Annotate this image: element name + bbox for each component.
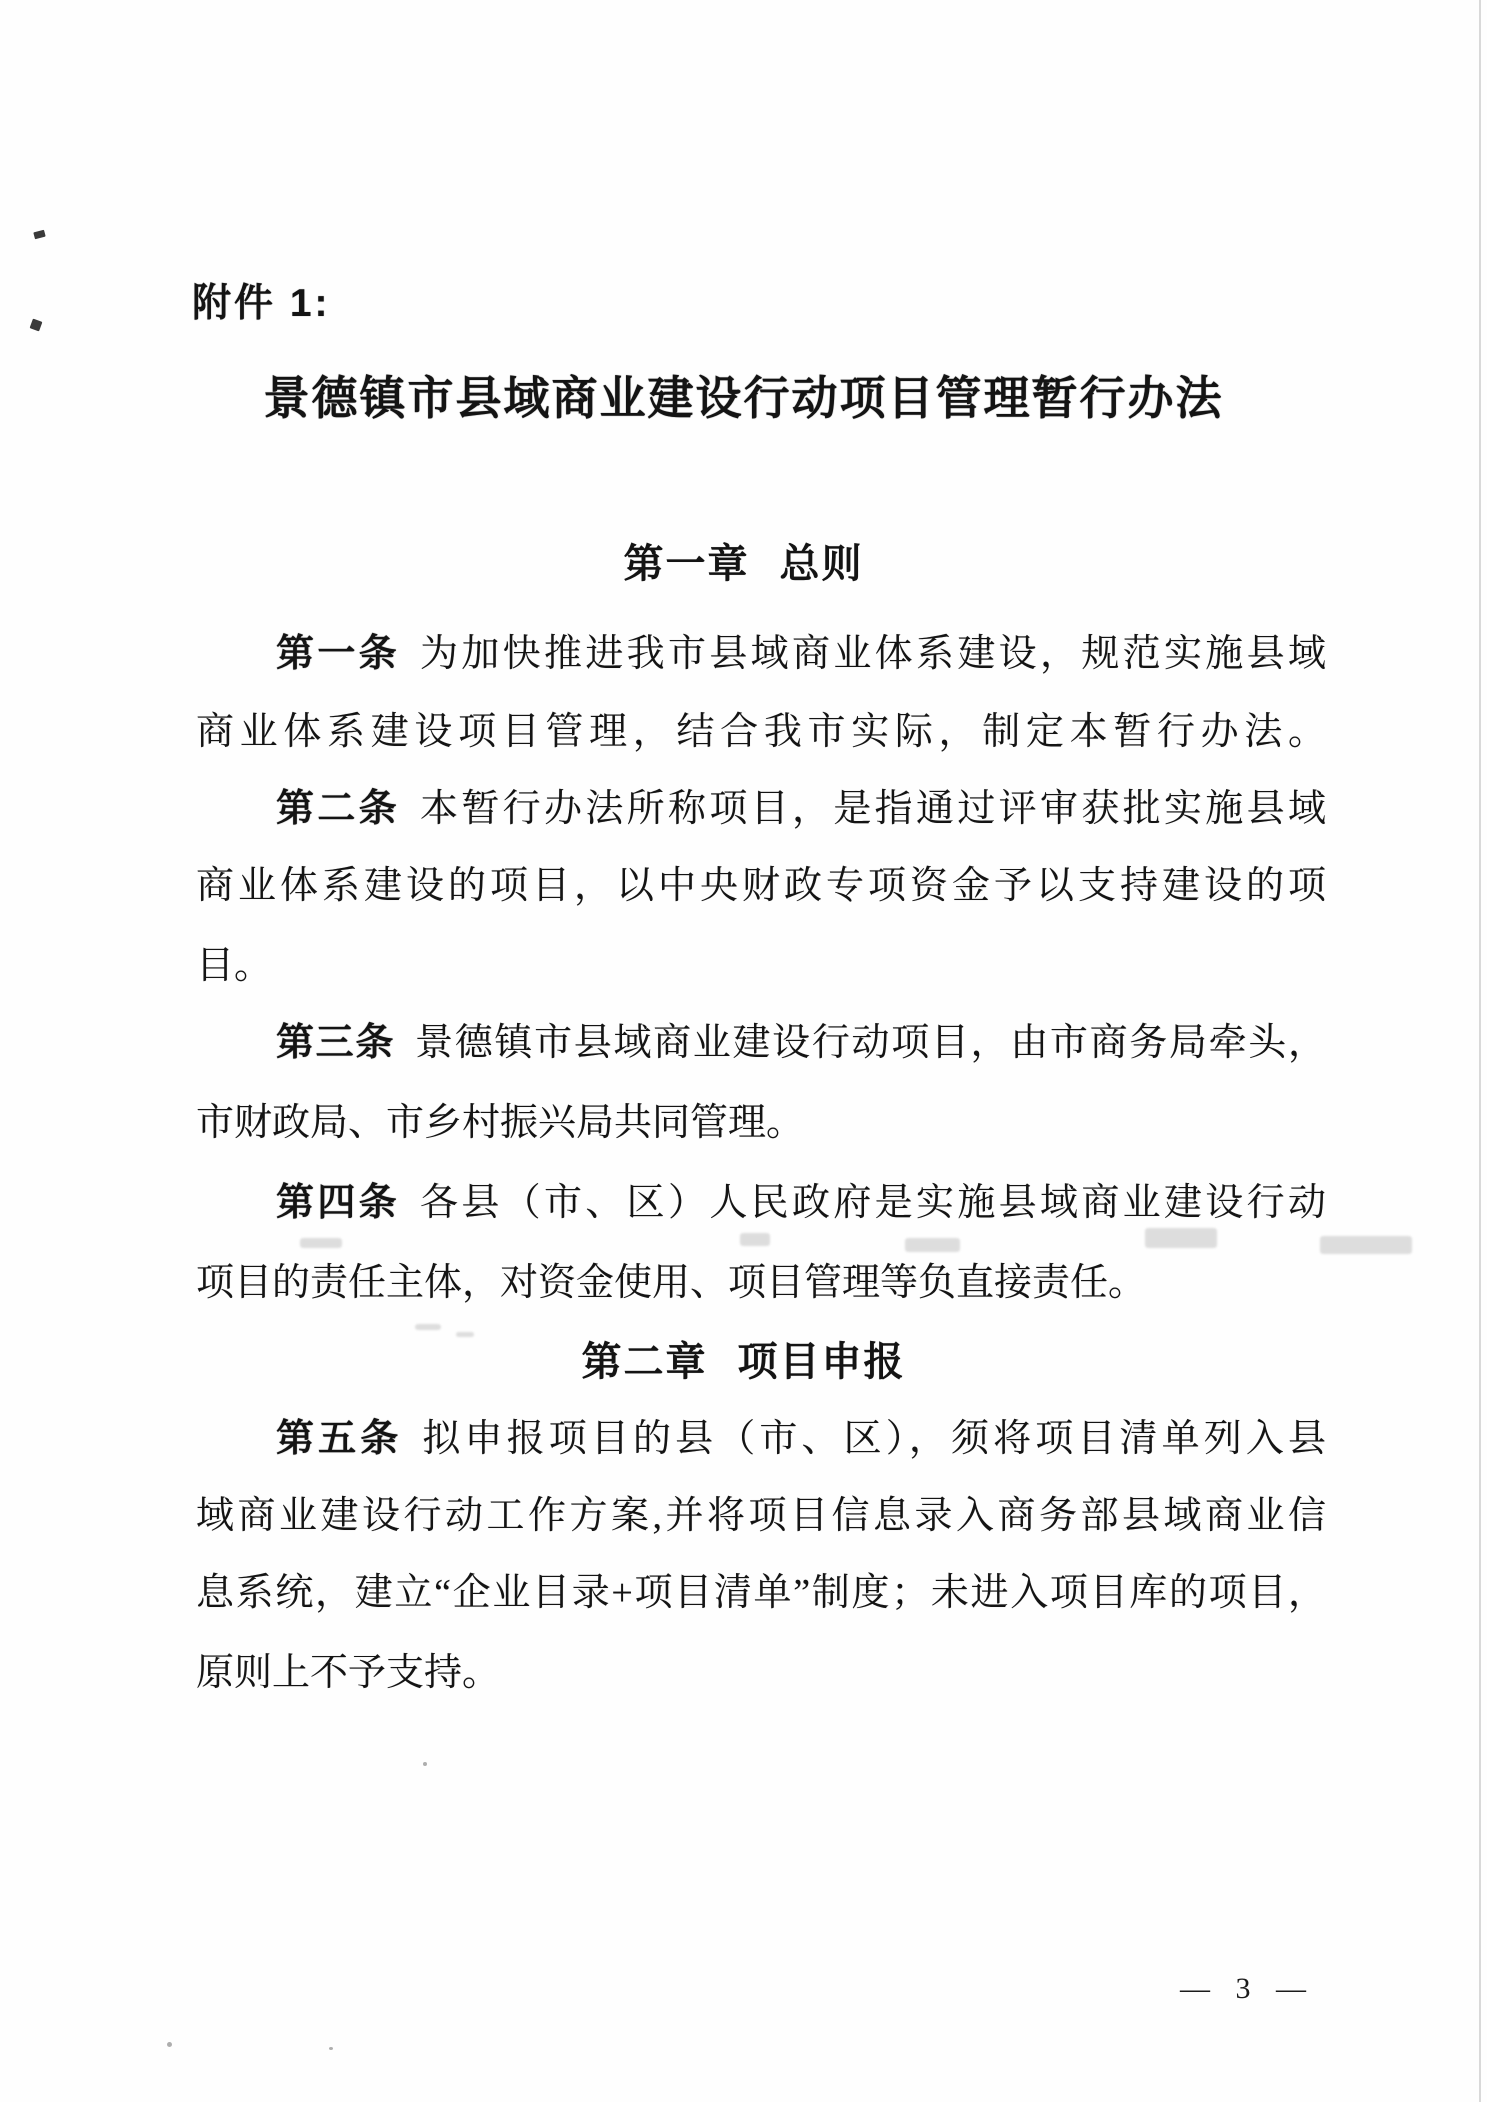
scan-smudge [740,1233,770,1246]
line-text: 景德镇市县域商业建设行动项目，由市商务局牵头， [415,1022,1326,1064]
paragraph-line: 原则上不予支持。 [196,1651,1326,1697]
line-text: 本暂行办法所称项目，是指通过评审获批实施县域 [420,788,1326,830]
scan-dot [329,2047,333,2050]
scan-dot [167,2042,172,2047]
scan-dot [423,1762,427,1766]
clause-label: 第一条 [276,633,400,675]
line-text: 拟申报项目的县（市、区），须将项目清单列入县 [422,1418,1326,1460]
line-text: 域商业建设行动工作方案,并将项目信息录入商务部县域商业信 [196,1495,1326,1537]
line-text: 项目的责任主体，对资金使用、项目管理等负直接责任。 [196,1262,1146,1304]
scan-smudge [300,1238,342,1248]
line-text: 息系统，建立“企业目录+项目清单”制度；未进入项目库的项目， [196,1572,1326,1614]
line-text: 各县（市、区）人民政府是实施县域商业建设行动 [420,1182,1326,1224]
paragraph-line: 商业体系建设项目管理，结合我市实际，制定本暂行办法。 [196,710,1326,756]
paragraph-line: 商业体系建设的项目，以中央财政专项资金予以支持建设的项 [196,864,1326,910]
scanned-document-page: 附件 1: 景德镇市县域商业建设行动项目管理暂行办法 第一章 总则 第一条为加快… [0,0,1487,2102]
line-text: 目。 [196,945,272,987]
paragraph-line: 市财政局、市乡村振兴局共同管理。 [196,1101,1326,1147]
scan-speck [30,319,43,332]
paragraph-line: 第二条本暂行办法所称项目，是指通过评审获批实施县域 [196,787,1326,833]
clause-label: 第五条 [276,1418,402,1460]
chapter-heading-2: 第二章 项目申报 [0,1330,1487,1387]
scan-smudge [1145,1228,1217,1248]
document-title: 景德镇市县域商业建设行动项目管理暂行办法 [0,362,1487,428]
clause-label: 第二条 [276,788,400,830]
scan-edge-line [1479,0,1481,2102]
paragraph-line: 第一条为加快推进我市县域商业体系建设，规范实施县域 [196,632,1326,678]
line-text: 原则上不予支持。 [196,1652,500,1694]
paragraph-line: 域商业建设行动工作方案,并将项目信息录入商务部县域商业信 [196,1494,1326,1540]
attachment-label: 附件 1: [192,272,331,328]
paragraph-line: 息系统，建立“企业目录+项目清单”制度；未进入项目库的项目， [196,1571,1326,1617]
line-text: 为加快推进我市县域商业体系建设，规范实施县域 [420,633,1326,675]
paragraph-line: 第五条拟申报项目的县（市、区），须将项目清单列入县 [196,1417,1326,1463]
paragraph-line: 项目的责任主体，对资金使用、项目管理等负直接责任。 [196,1261,1326,1307]
page-number: — 3 — [1180,1972,1310,2006]
paragraph-line: 目。 [196,944,1326,990]
clause-label: 第三条 [276,1022,395,1064]
chapter-heading-1: 第一章 总则 [0,532,1487,589]
scan-speck [33,230,45,240]
line-text: 市财政局、市乡村振兴局共同管理。 [196,1102,804,1144]
line-text: 商业体系建设的项目，以中央财政专项资金予以支持建设的项 [196,865,1326,907]
scan-smudge [905,1238,960,1252]
paragraph-line: 第四条各县（市、区）人民政府是实施县域商业建设行动 [196,1181,1326,1227]
scan-smudge [1320,1236,1412,1254]
line-text: 商业体系建设项目管理，结合我市实际，制定本暂行办法。 [196,711,1326,753]
paragraph-line: 第三条景德镇市县域商业建设行动项目，由市商务局牵头， [196,1021,1326,1067]
clause-label: 第四条 [276,1182,400,1224]
